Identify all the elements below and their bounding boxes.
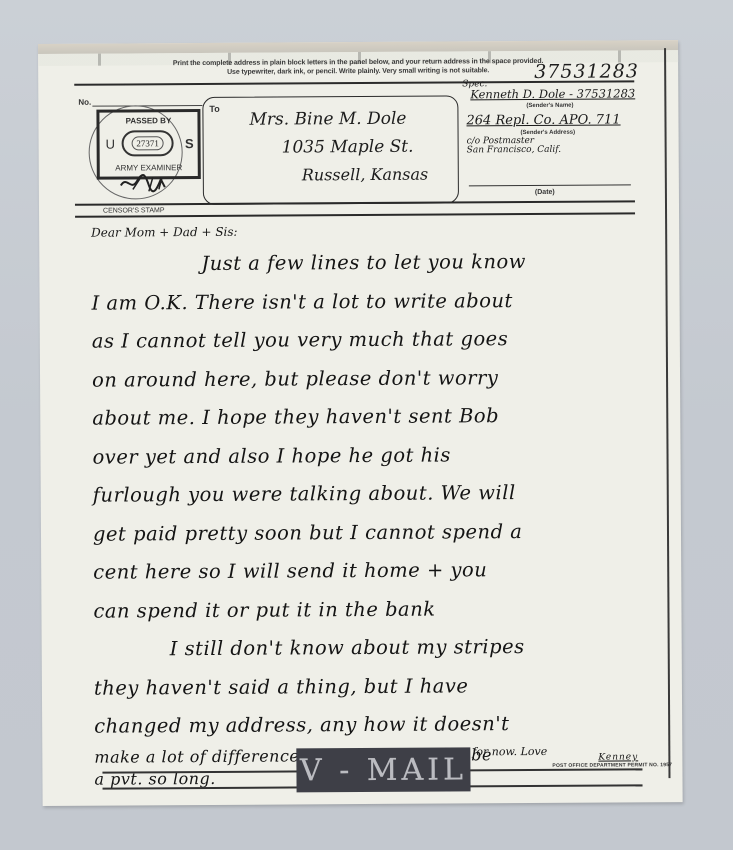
censor-stamp: PASSED BY U 27371 S ARMY EXAMINER bbox=[96, 109, 200, 180]
permit-text: POST OFFICE DEPARTMENT PERMIT NO. 1957 bbox=[552, 762, 672, 769]
letter-line: can spend it or put it in the bank bbox=[93, 589, 641, 631]
salutation: Dear Mom + Dad + Sis: bbox=[91, 216, 639, 245]
letter-signature: Kenney bbox=[598, 752, 638, 762]
recipient-name: Mrs. Bine M. Dole bbox=[249, 109, 406, 130]
recipient-street: 1035 Maple St. bbox=[282, 137, 414, 158]
stamp-letter-u: U bbox=[106, 137, 115, 152]
letter-line: they haven't said a thing, but I have bbox=[94, 666, 642, 708]
letter-line: changed my address, any how it doesn't bbox=[94, 704, 642, 746]
stamp-number: 27371 bbox=[131, 136, 164, 150]
stamp-oval: 27371 bbox=[122, 130, 174, 156]
sender-name: Kenneth D. Dole - 37531283 bbox=[470, 86, 635, 101]
number-label: No. bbox=[78, 98, 91, 107]
vmail-banner: V - MAIL bbox=[296, 747, 470, 792]
stamp-passed-by: PASSED BY bbox=[99, 116, 197, 126]
letter-line: I still don't know about my stripes bbox=[94, 627, 642, 669]
letter-body: Dear Mom + Dad + Sis: Just a few lines t… bbox=[91, 216, 642, 790]
vmail-label: V - MAIL bbox=[300, 752, 467, 788]
vmail-sheet: Print the complete address in plain bloc… bbox=[38, 40, 683, 806]
letter-line: get paid pretty soon but I cannot spend … bbox=[93, 512, 641, 554]
sender-name-caption: (Sender's Name) bbox=[526, 103, 573, 109]
letter-line: about me. I hope they haven't sent Bob bbox=[92, 396, 640, 438]
to-label: To bbox=[209, 104, 219, 114]
recipient-city: Russell, Kansas bbox=[302, 165, 429, 185]
stamp-letter-s: S bbox=[185, 136, 194, 151]
letter-line: Just a few lines to let you know bbox=[91, 242, 639, 284]
letter-line: I am O.K. There isn't a lot to write abo… bbox=[91, 281, 639, 323]
letter-line: furlough you were talking about. We will bbox=[93, 473, 641, 515]
letter-closing: for now. Love bbox=[472, 745, 547, 758]
sender-block: 37531283 Spec. Kenneth D. Dole - 3753128… bbox=[462, 60, 633, 221]
letter-line: on around here, but please don't worry bbox=[92, 358, 640, 400]
recipient-address-panel: To Mrs. Bine M. Dole 1035 Maple St. Russ… bbox=[202, 95, 459, 205]
letter-line: cent here so I will send it home + you bbox=[93, 550, 641, 592]
censor-stamp-caption: CENSOR'S STAMP bbox=[103, 207, 165, 214]
sender-serial-number: 37531283 bbox=[534, 60, 639, 83]
date-caption: (Date) bbox=[535, 189, 555, 196]
sender-address-line3: San Francisco, Calif. bbox=[467, 146, 562, 156]
sender-address-lines: c/o Postmaster San Francisco, Calif. bbox=[467, 137, 562, 156]
letter-line: over yet and also I hope he got his bbox=[92, 435, 640, 477]
censor-signature-icon bbox=[119, 171, 169, 193]
letter-line: as I cannot tell you very much that goes bbox=[92, 319, 640, 361]
right-border bbox=[664, 48, 670, 778]
sender-address-line1: 264 Repl. Co. APO. 711 bbox=[466, 112, 620, 128]
